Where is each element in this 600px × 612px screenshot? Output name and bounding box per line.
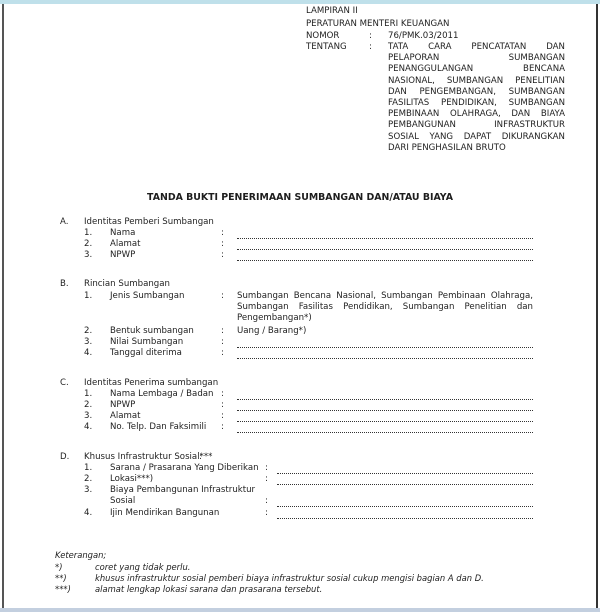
field-colon: : (221, 228, 224, 239)
field-label-nama-lembaga: Nama Lembaga / Badan (110, 389, 214, 400)
field-blank-lokasi[interactable] (277, 476, 533, 485)
section-letter: B. (60, 279, 69, 290)
item-number: 1. (84, 389, 92, 400)
tentang-line: NASIONAL, SUMBANGAN PENELITIAN (388, 76, 565, 87)
note-text: alamat lengkap lokasi sarana dan prasara… (95, 584, 322, 595)
tentang-line: DAN PENGEMBANGAN, SUMBANGAN (388, 87, 565, 98)
tentang-line: PENANGGULANGAN BENCANA (388, 64, 565, 75)
field-blank-npwp[interactable] (237, 252, 533, 261)
field-colon: : (221, 389, 224, 400)
field-blank-alamat[interactable] (237, 241, 533, 250)
item-number: 2. (84, 474, 92, 485)
section-title: Khusus Infrastruktur Sosial*** (84, 452, 212, 463)
nomor-colon: : (369, 31, 372, 42)
field-colon: : (221, 250, 224, 261)
jenis-sumbangan-value-line: Sumbangan Fasilitas Pendidikan, Sumbanga… (237, 302, 533, 313)
item-number: 2. (84, 326, 92, 337)
field-label-nilai-sumbangan: Nilai Sumbangan (110, 337, 183, 348)
field-label-tanggal-diterima: Tanggal diterima (110, 348, 182, 359)
frame-right-border (596, 4, 598, 608)
field-blank-nama[interactable] (237, 230, 533, 239)
field-blank-telp-faksimili[interactable] (237, 424, 533, 433)
tentang-line: FASILITAS PENDIDIKAN, SUMBANGAN (388, 98, 565, 109)
field-colon: : (265, 496, 268, 507)
tentang-line: PELAPORAN SUMBANGAN (388, 53, 565, 64)
item-number: 4. (84, 348, 92, 359)
section-title: Identitas Penerima sumbangan (84, 378, 218, 389)
notes-heading: Keterangan; (55, 550, 106, 561)
section-letter: A. (60, 217, 68, 228)
field-colon: : (199, 452, 202, 463)
jenis-sumbangan-value-line: Pengembangan*) (237, 313, 533, 324)
field-label-alamat: Alamat (110, 239, 141, 250)
section-title: Identitas Pemberi Sumbangan (84, 217, 214, 228)
nomor-label: NOMOR (306, 31, 339, 42)
item-number: 3. (84, 485, 92, 496)
section-letter: C. (60, 378, 69, 389)
field-colon: : (265, 463, 268, 474)
item-number: 1. (84, 291, 92, 302)
field-label-biaya-pembangunan-cont: Sosial (110, 496, 135, 507)
field-label-telp-faksimili: No. Telp. Dan Faksimili (110, 422, 206, 433)
field-blank-ijin-mendirikan-bangunan[interactable] (277, 510, 533, 519)
field-blank-sarana-prasarana[interactable] (277, 465, 533, 474)
field-label-alamat: Alamat (110, 411, 141, 422)
tentang-colon: : (369, 42, 372, 53)
field-label-ijin-mendirikan-bangunan: Ijin Mendirikan Bangunan (110, 508, 219, 519)
bentuk-sumbangan-value: Uang / Barang*) (237, 326, 533, 337)
field-colon: : (221, 348, 224, 359)
peraturan-label: PERATURAN MENTERI KEUANGAN (306, 19, 449, 30)
frame-bottom-border (0, 608, 600, 612)
tentang-label: TENTANG (306, 42, 347, 53)
frame-left-border (2, 4, 4, 608)
item-number: 2. (84, 239, 92, 250)
note-marker: ***) (55, 584, 71, 595)
field-blank-nilai-sumbangan[interactable] (237, 339, 533, 348)
note-text: khusus infrastruktur sosial pemberi biay… (95, 573, 484, 584)
lampiran-label: LAMPIRAN II (306, 6, 358, 17)
frame-top-border (0, 0, 600, 4)
field-colon: : (221, 411, 224, 422)
field-colon: : (221, 291, 224, 302)
field-blank-biaya-pembangunan[interactable] (277, 498, 533, 507)
field-colon: : (265, 508, 268, 519)
nomor-value: 76/PMK.03/2011 (388, 31, 459, 42)
item-number: 3. (84, 411, 92, 422)
item-number: 3. (84, 337, 92, 348)
note-text: coret yang tidak perlu. (95, 562, 190, 573)
item-number: 1. (84, 463, 92, 474)
field-label-biaya-pembangunan: Biaya Pembangunan Infrastruktur (110, 485, 255, 496)
field-label-bentuk-sumbangan: Bentuk sumbangan (110, 326, 194, 337)
item-number: 2. (84, 400, 92, 411)
field-label-npwp: NPWP (110, 250, 135, 261)
jenis-sumbangan-value-line: Sumbangan Bencana Nasional, Sumbangan Pe… (237, 291, 533, 302)
field-colon: : (221, 239, 224, 250)
field-label-nama: Nama (110, 228, 135, 239)
field-colon: : (265, 474, 268, 485)
tentang-line: PEMBANGUNAN INFRASTRUKTUR (388, 120, 565, 131)
field-label-sarana-prasarana: Sarana / Prasarana Yang Diberikan (110, 463, 259, 474)
note-marker: *) (55, 562, 62, 573)
tentang-line-last: DARI PENGHASILAN BRUTO (388, 143, 506, 154)
field-label-npwp: NPWP (110, 400, 135, 411)
note-marker: **) (55, 573, 67, 584)
item-number: 4. (84, 508, 92, 519)
field-colon: : (221, 337, 224, 348)
section-letter: D. (60, 452, 69, 463)
field-blank-npwp[interactable] (237, 402, 533, 411)
tentang-line: SOSIAL YANG DAPAT DIKURANGKAN (388, 132, 565, 143)
item-number: 4. (84, 422, 92, 433)
field-colon: : (221, 422, 224, 433)
field-blank-alamat[interactable] (237, 413, 533, 422)
field-label-lokasi: Lokasi***) (110, 474, 153, 485)
item-number: 1. (84, 228, 92, 239)
field-colon: : (221, 326, 224, 337)
field-blank-tanggal-diterima[interactable] (237, 350, 533, 359)
item-number: 3. (84, 250, 92, 261)
tentang-line: TATA CARA PENCATATAN DAN (388, 42, 565, 53)
document-title: TANDA BUKTI PENERIMAAN SUMBANGAN DAN/ATA… (0, 192, 600, 203)
tentang-line: PEMBINAAN OLAHRAGA, DAN BIAYA (388, 109, 565, 120)
field-colon: : (221, 400, 224, 411)
section-title: Rincian Sumbangan (84, 279, 170, 290)
field-label-jenis-sumbangan: Jenis Sumbangan (110, 291, 184, 302)
field-blank-nama-lembaga[interactable] (237, 391, 533, 400)
